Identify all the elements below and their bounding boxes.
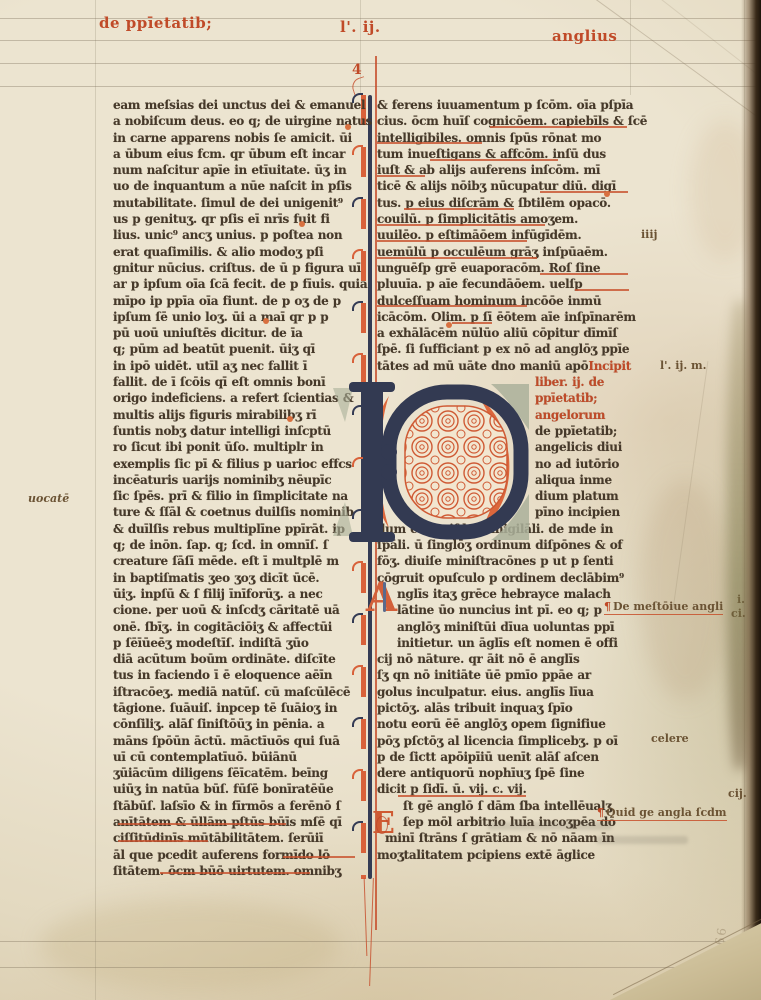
text-line: icācōm. Olim. p ſī ēōtem aīe inſpīnarēm (377, 309, 631, 325)
text-line: q; pūm ad beatūt puenit. ūiʒ qī (113, 341, 361, 357)
red-underline (540, 191, 628, 193)
bar-flourish-curl (352, 353, 363, 363)
text-line: a exhālācēm nūlūo aliū cōpitur dīmīſ (377, 325, 631, 341)
text-line: in carne apparens nobis ſe amicit. ūi (113, 130, 361, 146)
text-line: gnitur nūcius. criſtus. de ū p figura uī (113, 260, 361, 276)
margin-note-book-ref: l'. ij. m. (660, 359, 707, 372)
red-underline (490, 126, 627, 128)
text-line: cione. per uoū & inſcdʒ cāritatē uā (113, 602, 361, 618)
pilcrow-dot (287, 416, 293, 422)
text-line: & ferens iuuamentum p ſcōm. oīa pſpīa (377, 97, 631, 113)
text-line: uiūʒ in natūa būſ. fūſē bonīratēūe (113, 781, 361, 797)
bar-flourish-curl (352, 93, 363, 103)
margin-chapter-note: ¶Quid ge angla ſcdm (597, 806, 727, 821)
painted-initial-E: E (372, 808, 396, 842)
red-underline (377, 224, 545, 226)
bar-flourish-curl (352, 665, 363, 675)
incipit-line: tātes ad mū uāte dno maniū apōc. Incipit (377, 358, 631, 374)
red-underline (540, 273, 628, 275)
text-line: dere antiquorū nophīuʒ ſpē ſine (377, 765, 631, 781)
manuscript-page: de ppīetatib; l'. ij. anglius 4 eam meſs… (0, 0, 761, 1000)
running-title-left: de ppīetatib; (99, 14, 212, 32)
text-line: p de ſictt apōipīiū uenīt alāſ aſcen (377, 749, 631, 765)
text-line: origo indeficiens. a refert ſcientias & (113, 390, 361, 406)
text-line: ſuntis nobʒ datur intelligi inſcptū (113, 423, 361, 439)
left-margin-note: uocatē (28, 492, 69, 505)
pilcrow-dot (263, 318, 269, 324)
text-line: fallit. de ī ſcōis qī eſt omnis bonī (113, 374, 361, 390)
red-underline (377, 240, 527, 242)
red-underline (118, 823, 286, 825)
text-line: p ſēīūeēʒ modeſtīſ. indiſtā ʒūo (113, 635, 361, 651)
text-line: ſtābūſ. laſsīo & in fīrmōs a ferēnō ſ (113, 798, 361, 814)
red-underline (160, 872, 310, 874)
incipit-line-black: tātes ad mū uāte dno maniū apōc. (377, 358, 588, 374)
parchment-stain (40, 900, 340, 990)
show-through (596, 836, 688, 844)
right-upper-block: & ferens iuuamentum p ſcōm. oīa pſpīaciu… (377, 97, 631, 358)
running-title-center: l'. ij. (340, 18, 381, 36)
bar-flourish-curl (352, 301, 363, 311)
text-line: diā acūtum boūm ordināte. diſcīte (113, 651, 361, 667)
text-line: ſʒ qn nō initiāte ūē pmīo ppāe ar (377, 667, 631, 683)
text-line: cij nō nāture. qr āit nō ē anglīs (377, 651, 631, 667)
red-underline (283, 856, 355, 858)
gutter-flourish-tail (369, 878, 374, 986)
bar-flourish-curl (352, 769, 363, 779)
est-paragraph: ſt gē anglō ſ dām ſba intellēualʒſep mōl… (377, 798, 631, 863)
show-through (488, 822, 612, 830)
text-line: lātine ūo nuncius int pī. eo q; p (377, 602, 631, 618)
text-line: eam meſsias dei unctus dei & emanuel (113, 97, 361, 113)
text-line: notu eorū ēē anglōʒ opem ſignifiue (377, 716, 631, 732)
quire-number: 4 (352, 62, 362, 78)
text-line: uī cū contemplatīuō. būiānū (113, 749, 361, 765)
book-edge (741, 0, 761, 1000)
text-line: fōʒ. diuiſe miniſtracōnes p ut p ſenti (377, 553, 631, 569)
text-line: in ipō uidēt. utīl aʒ nec fallit ī (113, 358, 361, 374)
pilcrow-dot (299, 221, 305, 227)
gutter-flourish-tail (364, 878, 368, 956)
text-line: initietur. un āglīs eſt nomen ē offi (377, 635, 631, 651)
text-line: minī ſtrāns ſ grātiam & nō nāam īn (377, 830, 631, 846)
painted-initial-A: A (366, 576, 382, 622)
text-line: ture & ſſāl & coetnus duilſis nominib (113, 504, 361, 520)
bar-flourish-curl (352, 197, 363, 207)
bar-flourish-curl (352, 457, 363, 467)
red-underline (377, 257, 537, 259)
text-line: nglīs itaʒ grēce hebrayce malach (377, 586, 631, 602)
text-line: a nobiſcum deus. eo q; de uirgine natus (113, 113, 361, 129)
text-line: ipſum ſē unio loʒ. ūi a maī qr p p (113, 309, 361, 325)
text-line: mutabilitate. ſimul de dei unigenit⁹ (113, 195, 361, 211)
running-title-right: anglius (552, 27, 617, 45)
text-line: erat quaſimilis. & alio modoʒ pſi (113, 244, 361, 260)
text-line: num naſcitur apīe in etīuitate. ūʒ in (113, 162, 361, 178)
text-line: ʒūiācūm diligens ſēīcatēm. beīng (113, 765, 361, 781)
text-line: golus inculpatur. eius. anglīs līua (377, 684, 631, 700)
red-underline (377, 305, 527, 307)
text-line: anglōʒ miniſtūi dīua uoluntas ppī (377, 619, 631, 635)
text-line: āl que pcedit auferens formīdo lō (113, 847, 361, 863)
text-line: exemplis ſic pī & filius p uarioc effcs (113, 456, 361, 472)
text-line: a ūbum eius fcm. qr ūbum eſt incar (113, 146, 361, 162)
bar-flourish-curl (352, 249, 363, 259)
margin-chapter-note-text: De meſtōiue angli (613, 600, 723, 613)
incipit-word: Incipit (588, 358, 631, 374)
text-line: us p genituʒ. qr pſis eī nrīs fuit fi (113, 211, 361, 227)
parchment-crease (617, 0, 761, 88)
pilcrow-dot (604, 191, 610, 197)
text-line: ar p ipſum oīa ſcā fecit. de p fīuis. qu… (113, 276, 361, 292)
text-line: lius. unic⁹ ancʒ unius. p poſtea non (113, 227, 361, 243)
text-line: ſpē. ſi ſufficiant p ex nō ad anglōʒ ppī… (377, 341, 631, 357)
paraph-mark-icon: ¶ (597, 806, 604, 819)
text-line: creature ſāſī mēde. eſt ī multplē m (113, 553, 361, 569)
angelus-paragraph: nglīs itaʒ grēce hebrayce malachlātine ū… (377, 586, 631, 798)
margin-note-quire: iiij (641, 228, 658, 241)
margin-gloss: celere (651, 732, 689, 745)
text-line: uo de inquantum a nūe naſcit in pſis (113, 178, 361, 194)
bar-flourish-curl (352, 561, 363, 571)
red-underline (118, 840, 208, 842)
text-line: ſt gē anglō ſ dām ſba intellēualʒ (377, 798, 631, 814)
red-underline (452, 322, 492, 324)
text-line: tus in faciendo ī ē eloquence aēīn (113, 667, 361, 683)
bar-flourish-curl (352, 145, 363, 155)
text-line: cōnſiliʒ. alāſ ſiniſtōūʒ in pēnia. a (113, 716, 361, 732)
text-line: onē. ſbīʒ. in cogitāciōiʒ & affectūi (113, 619, 361, 635)
text-line: mīpo ip ppīa oīa fiunt. de p oʒ de p (113, 293, 361, 309)
text-line: moʒtalitatem pcipiens extē āglice (377, 847, 631, 863)
text-line: ciſſitūdinīs mūtābilitātem. ſerūiī (113, 830, 361, 846)
turned-corner (610, 920, 761, 1000)
text-line: pictōʒ. alās tribuit inquaʒ ſpīo (377, 700, 631, 716)
text-line: in baptiſmatis ʒeo ʒoʒ dicīt ūcē. (113, 570, 361, 586)
bar-flourish-curl (352, 509, 363, 519)
red-underline (404, 208, 514, 210)
red-underline (575, 289, 629, 291)
text-line: tāgione. ſuāuiſ. inpcep tē ſuāioʒ in (113, 700, 361, 716)
text-line: māns ſpōūn āctū. māctīuōs qui ſuā (113, 733, 361, 749)
text-line: incēaturis uarijs nominibʒ nēupīc (113, 472, 361, 488)
pilcrow-dot (345, 124, 351, 130)
text-line: cōgruit opuſculo p ordinem declābim⁹ (377, 570, 631, 586)
text-line: ro ſicut ibi ponit ūſo. multiplr in (113, 439, 361, 455)
text-line: iſtracōeʒ. mediā natūſ. cū maſcūlēcē (113, 684, 361, 700)
red-underline (377, 142, 482, 144)
red-underline (398, 795, 526, 797)
red-underline (430, 159, 558, 161)
text-line: & duīlſis rebus multiplīne ppīrāt. ip (113, 521, 361, 537)
pilcrow-dot (446, 322, 452, 328)
text-line: multis alijs figuris mirabilibʒ rī (113, 407, 361, 423)
text-line: ſic ſpēs. prī & filio in ſimplicitate na (113, 488, 361, 504)
paraph-mark-icon: ¶ (604, 600, 611, 613)
bar-flourish-curl (352, 717, 363, 727)
text-line: pōʒ pſctōʒ al licencia ſimplicebʒ. p oī (377, 733, 631, 749)
left-text-column: eam meſsias dei unctus dei & emanuela no… (113, 97, 361, 879)
bar-flourish-curl (352, 405, 363, 415)
margin-chapter-note: ¶De meſtōiue angli (604, 600, 723, 615)
margin-chapter-note-text: Quid ge angla ſcdm (606, 806, 727, 819)
text-line: q; de inōn. ſap. q; ſcd. in omnīſ. ſ (113, 537, 361, 553)
bar-flourish-curl (352, 613, 363, 623)
bar-flourish-curl (352, 821, 363, 831)
red-underline (377, 175, 425, 177)
text-line: ūiʒ. inpſū & ſ filij īnīforūʒ. a nec (113, 586, 361, 602)
text-line: pū uoū uniuſtēs dicitur. de īa (113, 325, 361, 341)
